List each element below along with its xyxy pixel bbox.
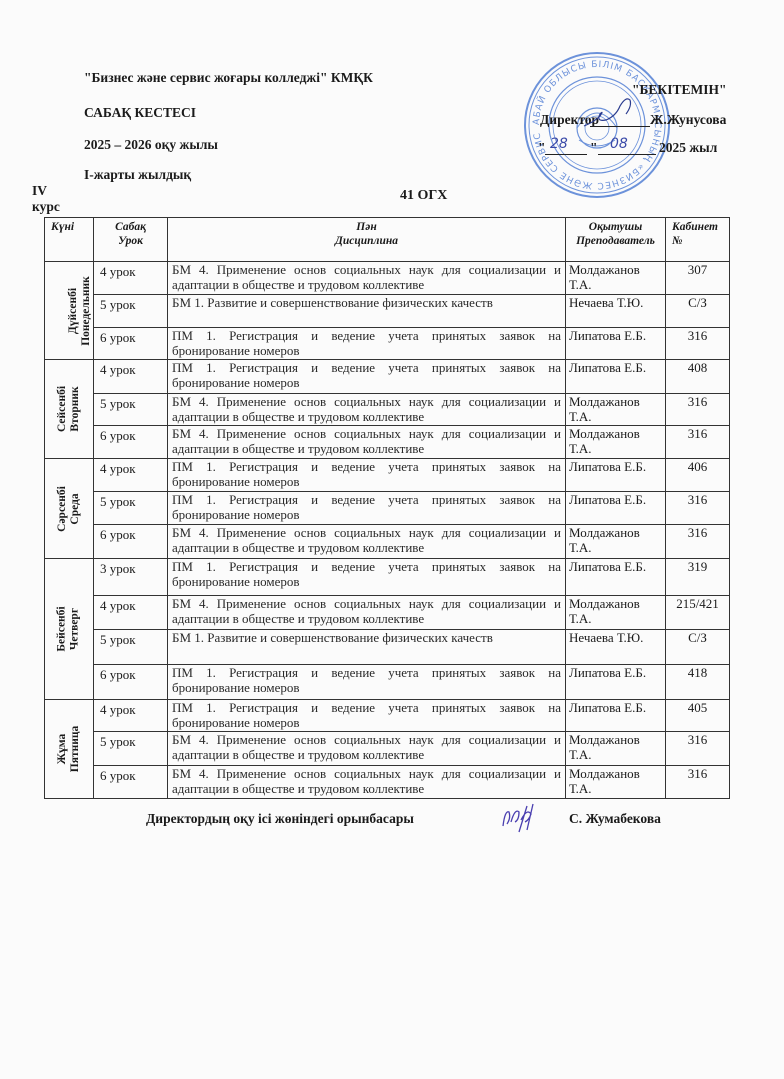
table-row: 5 урокБМ 1. Развитие и совершенствование…	[45, 295, 730, 328]
subject-name: БМ 4. Применение основ социальных наук д…	[168, 394, 566, 426]
teacher-name: Липатова Е.Б.	[566, 665, 666, 700]
lesson-number: 6 урок	[94, 766, 168, 799]
lesson-number: 4 урок	[94, 459, 168, 492]
teacher-name: Молдажанов Т.А.	[566, 394, 666, 426]
lesson-number: 3 урок	[94, 559, 168, 596]
teacher-name: Молдажанов Т.А.	[566, 426, 666, 459]
lesson-number: 4 урок	[94, 262, 168, 295]
deputy-director-name: С. Жумабекова	[569, 811, 661, 827]
subject-name: ПМ 1. Регистрация и ведение учета принят…	[168, 665, 566, 700]
approval-year: 2025 жыл	[659, 140, 717, 156]
day-label: БейсенбіЧетверг	[56, 606, 82, 651]
table-row: 5 урокБМ 4. Применение основ социальных …	[45, 732, 730, 766]
day-cell: БейсенбіЧетверг	[45, 559, 94, 700]
course-label: курс	[32, 199, 60, 215]
lesson-number: 5 урок	[94, 630, 168, 665]
subject-name: БМ 1. Развитие и совершенствование физич…	[168, 630, 566, 665]
table-row: 5 урокБМ 4. Применение основ социальных …	[45, 394, 730, 426]
table-row: 6 урокПМ 1. Регистрация и ведение учета …	[45, 665, 730, 700]
room-number: 316	[666, 426, 730, 459]
table-row: 6 урокБМ 4. Применение основ социальных …	[45, 525, 730, 559]
subject-name: БМ 4. Применение основ социальных наук д…	[168, 525, 566, 559]
day-cell: ЖұмаПятница	[45, 700, 94, 799]
approval-day: 28	[550, 136, 568, 152]
approval-month: 08	[610, 136, 628, 152]
lesson-number: 5 урок	[94, 492, 168, 525]
table-row: ЖұмаПятница4 урокПМ 1. Регистрация и вед…	[45, 700, 730, 732]
subject-name: ПМ 1. Регистрация и ведение учета принят…	[168, 700, 566, 732]
lesson-number: 6 урок	[94, 665, 168, 700]
room-number: 405	[666, 700, 730, 732]
academic-year: 2025 – 2026 оқу жылы	[84, 137, 218, 153]
room-number: 418	[666, 665, 730, 700]
lesson-number: 4 урок	[94, 700, 168, 732]
room-number: 316	[666, 394, 730, 426]
room-number: 316	[666, 732, 730, 766]
course-number: IV	[32, 183, 47, 199]
table-row: 6 урокБМ 4. Применение основ социальных …	[45, 766, 730, 799]
lesson-number: 5 урок	[94, 295, 168, 328]
day-cell: СейсенбіВторник	[45, 360, 94, 459]
table-row: ДүйсенбіПонедельник4 урокБМ 4. Применени…	[45, 262, 730, 295]
header-room: Кабинет№	[666, 218, 730, 262]
subject-name: БМ 4. Применение основ социальных наук д…	[168, 596, 566, 630]
director-name: Ж.Жунусова	[650, 112, 726, 128]
subject-name: БМ 1. Развитие и совершенствование физич…	[168, 295, 566, 328]
teacher-name: Липатова Е.Б.	[566, 360, 666, 394]
teacher-name: Липатова Е.Б.	[566, 459, 666, 492]
table-row: СәрсенбіСреда4 урокПМ 1. Регистрация и в…	[45, 459, 730, 492]
teacher-name: Липатова Е.Б.	[566, 328, 666, 360]
room-number: 316	[666, 525, 730, 559]
table-row: СейсенбіВторник4 урокПМ 1. Регистрация и…	[45, 360, 730, 394]
subject-name: ПМ 1. Регистрация и ведение учета принят…	[168, 559, 566, 596]
teacher-name: Нечаева Т.Ю.	[566, 630, 666, 665]
lesson-number: 4 урок	[94, 360, 168, 394]
room-number: С/З	[666, 295, 730, 328]
subject-name: ПМ 1. Регистрация и ведение учета принят…	[168, 360, 566, 394]
table-row: БейсенбіЧетверг3 урокПМ 1. Регистрация и…	[45, 559, 730, 596]
approval-label: "БЕКІТЕМІН"	[632, 82, 726, 98]
teacher-name: Молдажанов Т.А.	[566, 732, 666, 766]
day-label: СейсенбіВторник	[56, 386, 82, 432]
teacher-name: Липатова Е.Б.	[566, 700, 666, 732]
table-row: 5 урокБМ 1. Развитие и совершенствование…	[45, 630, 730, 665]
table-row: 6 урокПМ 1. Регистрация и ведение учета …	[45, 328, 730, 360]
room-number: 215/421	[666, 596, 730, 630]
table-row: 6 урокБМ 4. Применение основ социальных …	[45, 426, 730, 459]
teacher-name: Липатова Е.Б.	[566, 492, 666, 525]
room-number: С/З	[666, 630, 730, 665]
header-lesson: СабақУрок	[94, 218, 168, 262]
day-cell: ДүйсенбіПонедельник	[45, 262, 94, 360]
teacher-name: Молдажанов Т.А.	[566, 262, 666, 295]
group-name: 41 ОГХ	[400, 188, 447, 204]
day-label: ДүйсенбіПонедельник	[67, 276, 93, 346]
room-number: 408	[666, 360, 730, 394]
subject-name: БМ 4. Применение основ социальных наук д…	[168, 426, 566, 459]
teacher-name: Молдажанов Т.А.	[566, 525, 666, 559]
teacher-name: Молдажанов Т.А.	[566, 596, 666, 630]
table-row: 5 урокПМ 1. Регистрация и ведение учета …	[45, 492, 730, 525]
lesson-number: 5 урок	[94, 732, 168, 766]
room-number: 316	[666, 492, 730, 525]
subject-name: ПМ 1. Регистрация и ведение учета принят…	[168, 492, 566, 525]
room-number: 319	[666, 559, 730, 596]
day-label: ЖұмаПятница	[56, 726, 82, 772]
term-label: І-жарты жылдық	[84, 167, 191, 183]
header-day: Күні	[45, 218, 94, 262]
room-number: 307	[666, 262, 730, 295]
room-number: 406	[666, 459, 730, 492]
deputy-signature-icon	[497, 800, 547, 834]
teacher-name: Нечаева Т.Ю.	[566, 295, 666, 328]
lesson-number: 5 урок	[94, 394, 168, 426]
college-name: "Бизнес және сервис жоғары колледжі" КМҚ…	[84, 70, 373, 86]
subject-name: БМ 4. Применение основ социальных наук д…	[168, 262, 566, 295]
teacher-name: Липатова Е.Б.	[566, 559, 666, 596]
lesson-number: 6 урок	[94, 525, 168, 559]
month-line	[598, 154, 656, 155]
subject-name: ПМ 1. Регистрация и ведение учета принят…	[168, 328, 566, 360]
room-number: 316	[666, 328, 730, 360]
day-line	[545, 154, 587, 155]
deputy-director-label: Директордың оқу ісі жөніндегі орынбасары	[146, 811, 414, 827]
subject-name: ПМ 1. Регистрация и ведение учета принят…	[168, 459, 566, 492]
room-number: 316	[666, 766, 730, 799]
day-label: СәрсенбіСреда	[56, 486, 82, 532]
day-cell: СәрсенбіСреда	[45, 459, 94, 559]
schedule-table: Күні СабақУрок ПәнДисциплина ОқытушыПреп…	[44, 217, 730, 799]
lesson-number: 6 урок	[94, 328, 168, 360]
schedule-body: ДүйсенбіПонедельник4 урокБМ 4. Применени…	[45, 262, 730, 799]
subject-name: БМ 4. Применение основ социальных наук д…	[168, 766, 566, 799]
header-subject: ПәнДисциплина	[168, 218, 566, 262]
teacher-name: Молдажанов Т.А.	[566, 766, 666, 799]
lesson-number: 6 урок	[94, 426, 168, 459]
table-row: 4 урокБМ 4. Применение основ социальных …	[45, 596, 730, 630]
director-signature-icon	[580, 92, 640, 132]
date-quote-close: "	[590, 140, 598, 156]
document-title: САБАҚ КЕСТЕСІ	[84, 105, 196, 121]
subject-name: БМ 4. Применение основ социальных наук д…	[168, 732, 566, 766]
header-teacher: ОқытушыПреподаватель	[566, 218, 666, 262]
lesson-number: 4 урок	[94, 596, 168, 630]
table-header-row: Күні СабақУрок ПәнДисциплина ОқытушыПреп…	[45, 218, 730, 262]
